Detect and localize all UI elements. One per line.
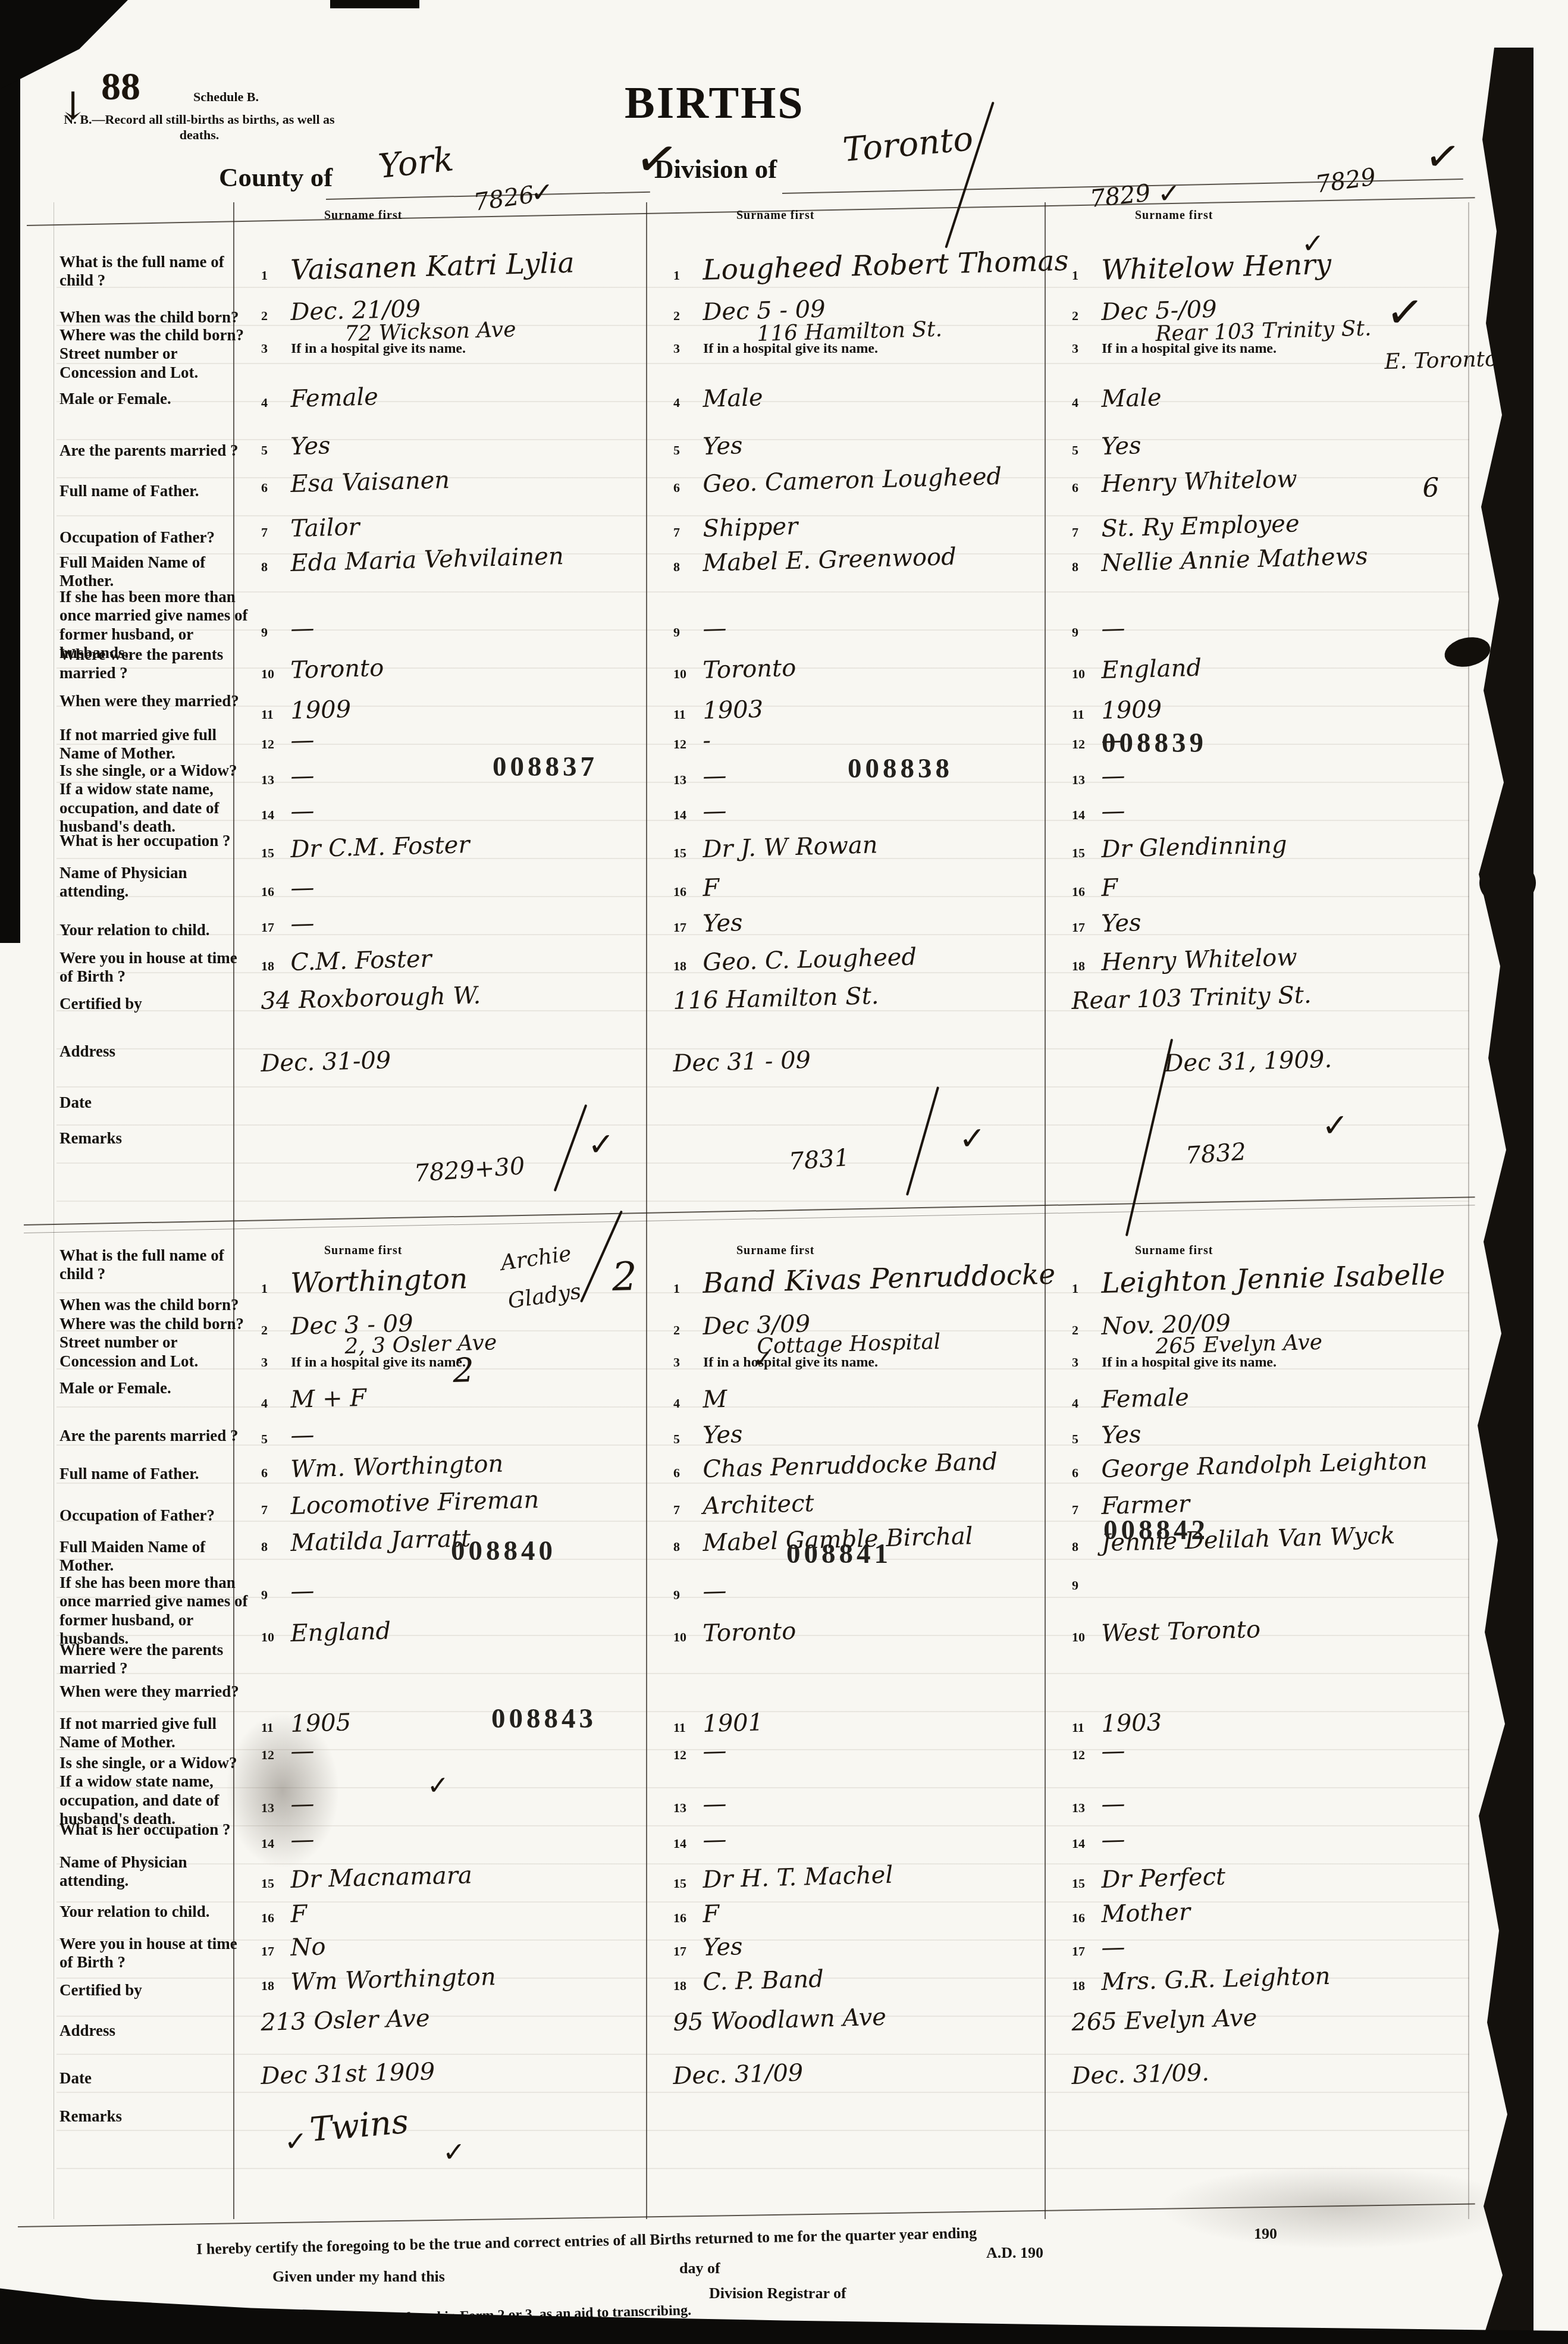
date-value: Dec. 31-09 xyxy=(261,1046,391,1077)
check-mark: ✓ xyxy=(531,176,554,208)
row-number: 12 xyxy=(1072,1747,1092,1763)
field-child-name: 1Lougheed Robert Thomas xyxy=(673,254,1069,287)
check-mark: ✓ xyxy=(1384,284,1427,340)
field-parents-married: 5Yes xyxy=(1072,433,1141,460)
field-father: 6Henry Whitelow xyxy=(1072,471,1297,498)
row-number: 7 xyxy=(261,525,281,540)
child-name-value: Whitelow Henry xyxy=(1101,248,1332,287)
field-label: Where was the child born? Street number … xyxy=(59,326,244,381)
field-mother-maiden: 8Matilda Jarratt xyxy=(261,1530,471,1557)
row-number: 4 xyxy=(673,1396,694,1411)
field-parents-married-year: 111901 xyxy=(673,1710,764,1738)
row-number: 16 xyxy=(673,884,694,900)
widow-status-value: — xyxy=(1101,1790,1125,1818)
row-number: 15 xyxy=(261,1876,281,1891)
scan-edge-left xyxy=(0,0,20,943)
child-name-value: Band Kivas Penruddocke xyxy=(703,1258,1056,1300)
father-occupation-value: Architect xyxy=(703,1490,814,1520)
row-number: 1 xyxy=(673,1281,694,1296)
field-in-house: 17Yes xyxy=(673,1934,743,1961)
mother-maiden-value: Mabel E. Greenwood xyxy=(703,543,957,577)
certifier-address-value: 265 Evelyn Ave xyxy=(1071,2004,1257,2036)
given-under-hand-text: Given under my hand this xyxy=(272,2268,445,2286)
widow-status-value: — xyxy=(1101,762,1125,790)
field-birth-place2: E. Toronto xyxy=(1385,350,1498,374)
certified-by-value: Wm Worthington xyxy=(290,1963,496,1996)
field-mother-if-unmarried: 12— xyxy=(673,1738,727,1765)
row-number: 12 xyxy=(673,737,694,752)
row-number: 8 xyxy=(673,1539,694,1555)
field-label: Male or Female. xyxy=(59,390,171,408)
field-physician: 15Dr C.M. Foster xyxy=(261,836,470,863)
surname-first-label: Surname first xyxy=(324,209,402,223)
row-number: 5 xyxy=(1072,1431,1092,1447)
sex-value: M xyxy=(703,1386,727,1414)
field-label: Occupation of Father? xyxy=(59,1506,215,1524)
row-number: 4 xyxy=(1072,395,1092,410)
field-child-name: 1Worthington xyxy=(261,1267,468,1300)
row-number: 15 xyxy=(673,1876,694,1891)
child-name-value: Leighton Jennie Isabelle xyxy=(1101,1258,1446,1300)
row-number: 18 xyxy=(1072,958,1092,974)
field-label: Full name of Father. xyxy=(59,482,199,500)
field-label: Date xyxy=(59,1093,92,1111)
parents-married-place-value: Toronto xyxy=(703,654,796,684)
field-her-occupation: 14— xyxy=(261,798,315,825)
mother-if-unmarried-value: — xyxy=(703,1737,727,1765)
row-number: 4 xyxy=(1072,1396,1092,1411)
field-parents-married-year: 111903 xyxy=(673,697,764,725)
twin-count-mark: 2 xyxy=(611,1254,638,1300)
parents-married-year-value: 1909 xyxy=(290,695,352,725)
registration-stamp: 008842 xyxy=(1103,1514,1209,1546)
row-number: 6 xyxy=(673,1465,694,1481)
birth-place2-value: E. Toronto xyxy=(1384,347,1498,374)
row-number: 11 xyxy=(1072,707,1092,722)
father-value: George Randolph Leighton xyxy=(1101,1447,1428,1483)
row-number: 3 xyxy=(673,341,694,356)
row-number: 11 xyxy=(673,707,694,722)
parents-married-year-value: 1909 xyxy=(1101,695,1162,725)
row-number: 14 xyxy=(1072,1836,1092,1851)
row-number: 5 xyxy=(673,443,694,458)
check-mark: ✓ xyxy=(588,1126,614,1163)
sex-value: M + F xyxy=(290,1384,367,1414)
registration-stamp: 008840 xyxy=(451,1535,556,1567)
row-number: 4 xyxy=(673,395,694,410)
row-number: 12 xyxy=(1072,737,1092,752)
row-number: 1 xyxy=(1072,1281,1092,1296)
field-certified-by: 18C. P. Band xyxy=(673,1969,824,1996)
field-child-name: 1Whitelow Henry xyxy=(1072,254,1332,287)
field-mother-maiden: 8Nellie Annie Mathews xyxy=(1072,550,1368,577)
row-number: 5 xyxy=(261,1431,281,1447)
row-number: 4 xyxy=(261,395,281,410)
field-label: Where was the child born? Street number … xyxy=(59,1315,244,1370)
field-sex: 4M + F xyxy=(261,1386,367,1414)
field-father-occupation: 7St. Ry Employee xyxy=(1072,515,1300,543)
field-physician: 15Dr Glendinning xyxy=(1072,836,1287,863)
row-number: 16 xyxy=(261,1910,281,1926)
field-relation: 16F xyxy=(673,875,720,902)
parents-married-place-value: England xyxy=(290,1618,391,1647)
row-number: 2 xyxy=(673,1323,694,1338)
parents-married-value: — xyxy=(290,1421,315,1449)
row-number: 2 xyxy=(673,308,694,324)
twin-count-mark: 2 xyxy=(452,1351,474,1390)
field-child-name: 1Leighton Jennie Isabelle xyxy=(1072,1267,1445,1300)
row-number: 10 xyxy=(261,666,281,682)
row-number: 16 xyxy=(261,884,281,900)
row-number: 2 xyxy=(1072,1323,1092,1338)
field-physician: 15Dr H. T. Machel xyxy=(673,1866,893,1894)
row-number: 3 xyxy=(261,341,281,356)
certified-by-value: C. P. Band xyxy=(703,1966,824,1996)
in-house-value: — xyxy=(290,910,315,938)
field-label: Address xyxy=(59,1042,115,1060)
row-number: 17 xyxy=(261,920,281,935)
field-father-occupation: 7Architect xyxy=(673,1493,814,1520)
relation-value: Mother xyxy=(1101,1898,1191,1928)
row-number: 7 xyxy=(673,525,694,540)
certified-by-value: Geo. C. Lougheed xyxy=(703,944,917,976)
field-label: Address xyxy=(59,2022,115,2039)
surname-first-label: Surname first xyxy=(736,1244,814,1258)
row-number: 1 xyxy=(673,268,694,283)
physician-value: Dr C.M. Foster xyxy=(290,831,470,863)
physician-value: Dr Glendinning xyxy=(1101,831,1287,863)
field-father: 6Esa Vaisanen xyxy=(261,471,450,498)
row-number: 1 xyxy=(261,1281,281,1296)
field-label: Your relation to child. xyxy=(59,921,210,939)
field-in-house: 17Yes xyxy=(673,910,743,938)
father-occupation-value: Locomotive Fireman xyxy=(290,1486,540,1520)
row-number: 6 xyxy=(673,480,694,496)
margin-number-right: 7829 xyxy=(1314,163,1378,199)
row-number: 1 xyxy=(261,268,281,283)
field-parents-married-place: 10England xyxy=(261,1620,391,1647)
field-widow-status: 13— xyxy=(673,763,727,790)
child-name-value: Lougheed Robert Thomas xyxy=(703,245,1070,287)
field-label: When was the child born? xyxy=(59,308,239,326)
mother-maiden-value: Nellie Annie Mathews xyxy=(1101,543,1368,577)
father-occupation-value: Shipper xyxy=(703,513,798,543)
field-certifier-address: 213 Osler Ave xyxy=(261,2009,430,2036)
physician-value: Dr Perfect xyxy=(1101,1863,1226,1894)
row-number: 15 xyxy=(1072,1876,1092,1891)
surname-first-label: Surname first xyxy=(1135,1244,1213,1258)
her-occupation-value: — xyxy=(290,797,315,825)
row-number: 13 xyxy=(261,772,281,788)
mother-maiden-value: Matilda Jarratt xyxy=(290,1525,471,1557)
field-certifier-address: 265 Evelyn Ave xyxy=(1072,2009,1257,2036)
schedule-note: N. B.—Record all still-births as births,… xyxy=(57,112,342,142)
row-number: 14 xyxy=(673,807,694,823)
widow-status-value: — xyxy=(703,1790,727,1818)
field-label: If she has been more than once married g… xyxy=(59,1574,247,1647)
relation-value: F xyxy=(703,874,720,902)
row-number: 8 xyxy=(261,559,281,575)
field-former-husband: 9— xyxy=(1072,615,1125,643)
parents-married-value: Yes xyxy=(703,1421,743,1449)
row-number: 13 xyxy=(1072,772,1092,788)
hospital-label-row: 3If in a hospital give its name. xyxy=(673,1355,878,1371)
row-number: 3 xyxy=(1072,341,1092,356)
field-parents-married: 5— xyxy=(261,1422,315,1449)
row-number: 9 xyxy=(261,625,281,640)
field-father: 6George Randolph Leighton xyxy=(1072,1456,1428,1483)
check-mark: ✓ xyxy=(1422,130,1463,183)
field-label: Name of Physician attending. xyxy=(59,864,187,900)
field-parents-married: 5Yes xyxy=(673,433,743,460)
row-number: 2 xyxy=(261,1323,281,1338)
check-mark: ✓ xyxy=(1158,177,1181,209)
page-title: BIRTHS xyxy=(625,77,805,129)
row-number: 6 xyxy=(261,480,281,496)
child-name-value: Worthington xyxy=(290,1262,468,1300)
record-column-1: Surname first 1Vaisanen Katri Lylia 2Dec… xyxy=(235,205,645,1217)
her-occupation-value: — xyxy=(703,797,727,825)
certified-by-value: Henry Whitelow xyxy=(1101,944,1297,976)
former-husband-value: — xyxy=(290,1577,315,1605)
row-number: 13 xyxy=(673,1800,694,1816)
row-number: 13 xyxy=(673,772,694,788)
check-mark: ✓ xyxy=(753,1346,773,1373)
former-husband-value: — xyxy=(703,1577,727,1605)
field-label: Your relation to child. xyxy=(59,1903,210,1920)
field-sex: 4M xyxy=(673,1386,727,1414)
row-number: 13 xyxy=(1072,1800,1092,1816)
field-date: Dec. 31/09 xyxy=(673,2063,804,2090)
parents-married-year-value: 1903 xyxy=(703,695,764,725)
field-sex: 4Female xyxy=(1072,1386,1189,1414)
field-date: Dec 31 - 09 xyxy=(673,1050,811,1077)
division-registrar-label: Division Registrar of xyxy=(709,2285,846,2302)
hospital-label-row: 3If in a hospital give its name. xyxy=(261,341,466,358)
hospital-label: If in a hospital give its name. xyxy=(291,1355,466,1371)
field-certified-by: 18Mrs. G.R. Leighton xyxy=(1072,1969,1331,1996)
row-number: 16 xyxy=(1072,1910,1092,1926)
widow-status-value: — xyxy=(703,762,727,790)
field-label: When were they married? xyxy=(59,1682,239,1700)
row-number: 3 xyxy=(261,1355,281,1370)
father-value: Esa Vaisanen xyxy=(290,466,450,498)
row-number: 2 xyxy=(1072,308,1092,324)
former-husband-value: — xyxy=(1101,615,1125,643)
date-value: Dec 31 - 09 xyxy=(673,1046,811,1077)
row-number: 6 xyxy=(1072,1465,1092,1481)
hospital-label-row: 3If in a hospital give its name. xyxy=(261,1355,466,1371)
field-certified-by: 18Wm Worthington xyxy=(261,1969,496,1996)
surname-first-label: Surname first xyxy=(1135,209,1213,223)
row-number: 7 xyxy=(1072,525,1092,540)
row-number: 3 xyxy=(673,1355,694,1370)
section-bottom: What is the full name of child ? When wa… xyxy=(0,1240,1568,2252)
father-value: Wm. Worthington xyxy=(290,1450,504,1483)
relation-value: F xyxy=(1101,874,1118,902)
twin-name2-value: Gladys xyxy=(506,1279,582,1314)
mother-if-unmarried-value: — xyxy=(1101,1737,1125,1765)
row-number: 7 xyxy=(1072,1502,1092,1518)
row-number: 8 xyxy=(1072,559,1092,575)
row-number: 9 xyxy=(261,1587,281,1603)
mother-maiden-value: Eda Maria Vehvilainen xyxy=(290,543,564,577)
parents-married-place-value: West Toronto xyxy=(1101,1616,1261,1647)
row-number: 18 xyxy=(673,958,694,974)
field-mother-if-unmarried: 12— xyxy=(261,727,315,754)
field-sex: 4Male xyxy=(1072,386,1162,413)
parents-married-place-value: England xyxy=(1101,654,1202,684)
field-certifier-address: Rear 103 Trinity St. xyxy=(1072,988,1312,1015)
row-number: 2 xyxy=(261,308,281,324)
twin-name1-value: Archie xyxy=(499,1242,573,1276)
field-former-husband: 9— xyxy=(261,615,315,643)
field-her-occupation: 14— xyxy=(673,798,727,825)
hospital-label: If in a hospital give its name. xyxy=(703,1355,878,1371)
field-former-husband: 9— xyxy=(673,1578,727,1605)
field-certified-by: 18C.M. Foster xyxy=(261,949,432,976)
field-parents-married-place: 10West Toronto xyxy=(1072,1620,1261,1647)
mother-if-unmarried-value: - xyxy=(703,727,711,754)
field-physician: 15Dr Perfect xyxy=(1072,1866,1226,1894)
field-widow-status: 13— xyxy=(261,763,315,790)
row-number: 5 xyxy=(261,443,281,458)
father-value: Henry Whitelow xyxy=(1101,465,1297,498)
row-number: 6 xyxy=(261,1465,281,1481)
date-value: Dec. 31/09 xyxy=(673,2059,804,2090)
field-certified-by: 18Henry Whitelow xyxy=(1072,949,1297,976)
date-value: Dec 31, 1909. xyxy=(1164,1046,1332,1077)
record-column-3: Surname first 1Whitelow Henry 2Dec 5-/09… xyxy=(1046,205,1468,1217)
sex-value: Female xyxy=(290,383,379,413)
row-number: 17 xyxy=(1072,1944,1092,1959)
reference-number: 7832 xyxy=(1185,1138,1247,1170)
in-house-value: — xyxy=(1101,1934,1125,1961)
day-of-label: day of xyxy=(679,2260,720,2277)
row-number: 18 xyxy=(673,1978,694,1994)
field-relation: 16F xyxy=(261,1901,308,1928)
row-number: 10 xyxy=(261,1629,281,1645)
field-parents-married: 5Yes xyxy=(261,433,331,460)
child-name-value: Vaisanen Katri Lylia xyxy=(290,247,575,287)
check-mark: ✓ xyxy=(1322,1107,1349,1144)
field-label: When were they married? xyxy=(59,692,239,710)
check-mark: ✓ xyxy=(284,2125,308,2157)
row-number: 12 xyxy=(673,1747,694,1763)
row-number: 1 xyxy=(1072,268,1092,283)
row-number: 15 xyxy=(261,845,281,861)
field-twin-name2: Gladys xyxy=(510,1289,584,1314)
check-mark: ✓ xyxy=(1302,227,1325,259)
row-number: 8 xyxy=(261,1539,281,1555)
row-number: 6 xyxy=(1072,480,1092,496)
field-father: 6Geo. Cameron Lougheed xyxy=(673,471,1002,498)
field-label: What is her occupation ? xyxy=(59,832,231,850)
surname-first-label: Surname first xyxy=(324,1244,402,1258)
field-parents-married-year: 111903 xyxy=(1072,1710,1162,1738)
row-number: 4 xyxy=(261,1396,281,1411)
field-father-occupation: 7Shipper xyxy=(673,515,798,543)
parents-married-value: Yes xyxy=(1101,432,1141,460)
field-in-house: 17No xyxy=(261,1934,326,1961)
field-label: Where were the parents married ? xyxy=(59,645,223,682)
check-mark: ✓ xyxy=(443,2136,466,2168)
field-twin-name1: Archie xyxy=(503,1251,573,1276)
row-number: 16 xyxy=(1072,884,1092,900)
field-label: If not married give full Name of Mother. xyxy=(59,1715,217,1751)
physician-value: Dr J. W Rowan xyxy=(703,831,878,863)
her-occupation-value: — xyxy=(1101,1826,1125,1854)
reference-number: 7831 xyxy=(788,1144,851,1176)
field-child-name: 1Band Kivas Penruddocke xyxy=(673,1267,1056,1300)
margin-scribble: 6 xyxy=(1422,472,1440,503)
father-occupation-value: Tailor xyxy=(290,513,360,543)
field-in-house: 17— xyxy=(1072,1934,1125,1961)
field-parents-married-place: 10England xyxy=(1072,657,1202,684)
physician-value: Dr H. T. Machel xyxy=(703,1862,893,1894)
row-number: 17 xyxy=(673,1944,694,1959)
father-value: Chas Penruddocke Band xyxy=(703,1448,998,1483)
field-sex: 4Male xyxy=(673,386,763,413)
field-label: When was the child born? xyxy=(59,1296,239,1314)
former-husband-value: — xyxy=(290,615,315,643)
widow-status-value: — xyxy=(290,762,315,790)
field-certifier-address: 34 Roxborough W. xyxy=(261,988,481,1015)
physician-value: Dr Macnamara xyxy=(290,1862,473,1894)
row-number: 14 xyxy=(1072,807,1092,823)
field-her-occupation: 14— xyxy=(1072,798,1125,825)
field-her-occupation: 14— xyxy=(1072,1826,1125,1854)
row-number: 15 xyxy=(1072,845,1092,861)
field-label: Remarks xyxy=(59,2107,122,2125)
record-column-5: Surname first 1Band Kivas Penruddocke 2D… xyxy=(647,1240,1043,2252)
former-husband-value: — xyxy=(703,615,727,643)
field-label: What is the full name of child ? xyxy=(59,1246,224,1283)
field-label: Were you in house at time of Birth ? xyxy=(59,949,237,985)
field-father-occupation: 7Locomotive Fireman xyxy=(261,1493,540,1520)
certifier-address-value: 34 Roxborough W. xyxy=(261,982,481,1015)
field-label: Male or Female. xyxy=(59,1379,171,1397)
relation-value: F xyxy=(290,1900,308,1928)
row-number: 7 xyxy=(673,1502,694,1518)
field-in-house: 17Yes xyxy=(1072,910,1141,938)
row-number: 17 xyxy=(261,1944,281,1959)
certified-by-value: C.M. Foster xyxy=(290,945,432,976)
field-label: Remarks xyxy=(59,1129,122,1147)
row-number: 12 xyxy=(261,737,281,752)
field-label: Name of Physician attending. xyxy=(59,1853,187,1889)
field-label: Certified by xyxy=(59,995,142,1013)
division-value: Toronto xyxy=(841,120,974,170)
registration-stamp: 008839 xyxy=(1102,727,1207,759)
father-occupation-value: St. Ry Employee xyxy=(1101,510,1300,543)
county-value: York xyxy=(377,140,456,186)
parents-married-value: Yes xyxy=(1101,1421,1141,1449)
record-column-6: Surname first 1Leighton Jennie Isabelle … xyxy=(1046,1240,1468,2252)
field-parents-married-place: 10Toronto xyxy=(673,1620,796,1647)
row-number: 10 xyxy=(673,666,694,682)
row-number: 3 xyxy=(1072,1355,1092,1370)
field-label: Were you in house at time of Birth ? xyxy=(59,1935,237,1971)
registration-stamp: 008841 xyxy=(786,1538,892,1570)
mother-if-unmarried-value: — xyxy=(290,726,315,754)
certifier-address-value: 213 Osler Ave xyxy=(261,2005,430,2036)
row-number: 14 xyxy=(673,1836,694,1851)
hospital-label: If in a hospital give its name. xyxy=(291,341,466,358)
field-parents-married: 5Yes xyxy=(673,1422,743,1449)
field-her-occupation: 14— xyxy=(673,1826,727,1854)
row-number: 15 xyxy=(673,845,694,861)
